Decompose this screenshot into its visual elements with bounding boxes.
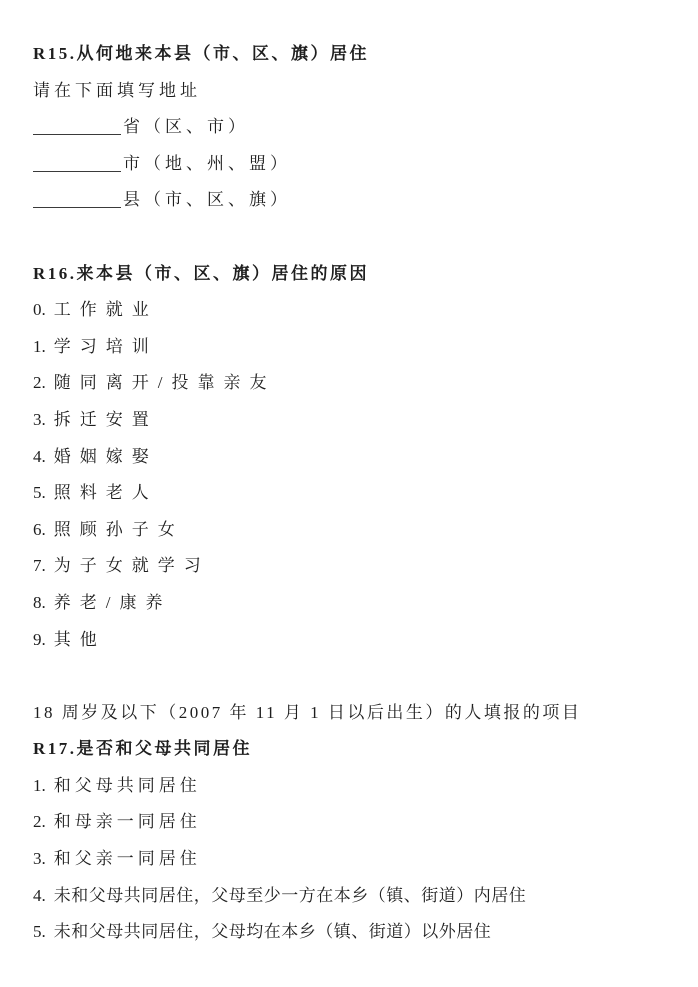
option-code: 4. xyxy=(33,439,46,476)
province-suffix-label: 省（区、市） xyxy=(123,117,249,136)
r16-option-8: 8.养老/康养 xyxy=(33,585,674,622)
city-suffix-label: 市（地、州、盟） xyxy=(123,154,291,173)
r17-option-2: 2.和母亲一同居住 xyxy=(33,804,674,841)
r17-option-4: 4.未和父母共同居住，父母至少一方在本乡（镇、街道）内居住 xyxy=(33,878,674,915)
r16-option-7: 7.为子女就学习 xyxy=(33,548,674,585)
option-label: 学习培训 xyxy=(54,337,158,356)
r17-option-5: 5.未和父母共同居住，父母均在本乡（镇、街道）以外居住 xyxy=(33,914,674,951)
option-code: 2. xyxy=(33,804,46,841)
question-r16-heading: R16.来本县（市、区、旗）居住的原因 xyxy=(33,256,674,293)
city-blank-field[interactable] xyxy=(33,153,121,172)
option-code: 3. xyxy=(33,402,46,439)
r16-option-1: 1.学习培训 xyxy=(33,329,674,366)
county-suffix-label: 县（市、区、旗） xyxy=(123,190,291,209)
option-label: 其他 xyxy=(54,630,106,649)
option-label: 工作就业 xyxy=(54,300,158,319)
option-label: 养老/康养 xyxy=(54,593,172,612)
option-code: 7. xyxy=(33,548,46,585)
option-label: 照顾孙子女 xyxy=(54,520,184,539)
option-code: 8. xyxy=(33,585,46,622)
minor-section-note: 18 周岁及以下（2007 年 11 月 1 日以后出生）的人填报的项目 xyxy=(33,695,674,732)
r16-option-2: 2.随同离开/投靠亲友 xyxy=(33,365,674,402)
option-code: 6. xyxy=(33,512,46,549)
option-label: 拆迁安置 xyxy=(54,410,158,429)
r17-option-1: 1.和父母共同居住 xyxy=(33,768,674,805)
r16-option-4: 4.婚姻嫁娶 xyxy=(33,439,674,476)
question-r17-heading: R17.是否和父母共同居住 xyxy=(33,731,674,768)
r16-option-5: 5.照料老人 xyxy=(33,475,674,512)
county-blank-field[interactable] xyxy=(33,189,121,208)
address-line-county: 县（市、区、旗） xyxy=(33,182,674,219)
option-code: 5. xyxy=(33,914,46,951)
section-gap xyxy=(33,219,674,256)
address-line-province: 省（区、市） xyxy=(33,109,674,146)
section-gap xyxy=(33,658,674,695)
option-code: 2. xyxy=(33,365,46,402)
option-label: 未和父母共同居住，父母均在本乡（镇、街道）以外居住 xyxy=(54,922,492,941)
option-code: 4. xyxy=(33,878,46,915)
question-r15-heading: R15.从何地来本县（市、区、旗）居住 xyxy=(33,36,674,73)
r16-option-0: 0.工作就业 xyxy=(33,292,674,329)
option-label: 和父母共同居住 xyxy=(54,776,201,795)
option-label: 婚姻嫁娶 xyxy=(54,447,158,466)
option-label: 照料老人 xyxy=(54,483,158,502)
option-label: 随同离开/投靠亲友 xyxy=(54,373,276,392)
option-label: 和母亲一同居住 xyxy=(54,812,201,831)
option-code: 0. xyxy=(33,292,46,329)
option-label: 和父亲一同居住 xyxy=(54,849,201,868)
option-code: 1. xyxy=(33,768,46,805)
r17-option-3: 3.和父亲一同居住 xyxy=(33,841,674,878)
r16-option-9: 9.其他 xyxy=(33,622,674,659)
option-code: 9. xyxy=(33,622,46,659)
option-label: 为子女就学习 xyxy=(54,556,210,575)
r16-option-6: 6.照顾孙子女 xyxy=(33,512,674,549)
option-code: 5. xyxy=(33,475,46,512)
questionnaire-page: R15.从何地来本县（市、区、旗）居住 请在下面填写地址 省（区、市） 市（地、… xyxy=(0,0,698,987)
r15-instruction: 请在下面填写地址 xyxy=(33,73,674,110)
address-line-city: 市（地、州、盟） xyxy=(33,146,674,183)
option-code: 1. xyxy=(33,329,46,366)
province-blank-field[interactable] xyxy=(33,116,121,135)
option-label: 未和父母共同居住，父母至少一方在本乡（镇、街道）内居住 xyxy=(54,886,527,905)
option-code: 3. xyxy=(33,841,46,878)
r16-option-3: 3.拆迁安置 xyxy=(33,402,674,439)
